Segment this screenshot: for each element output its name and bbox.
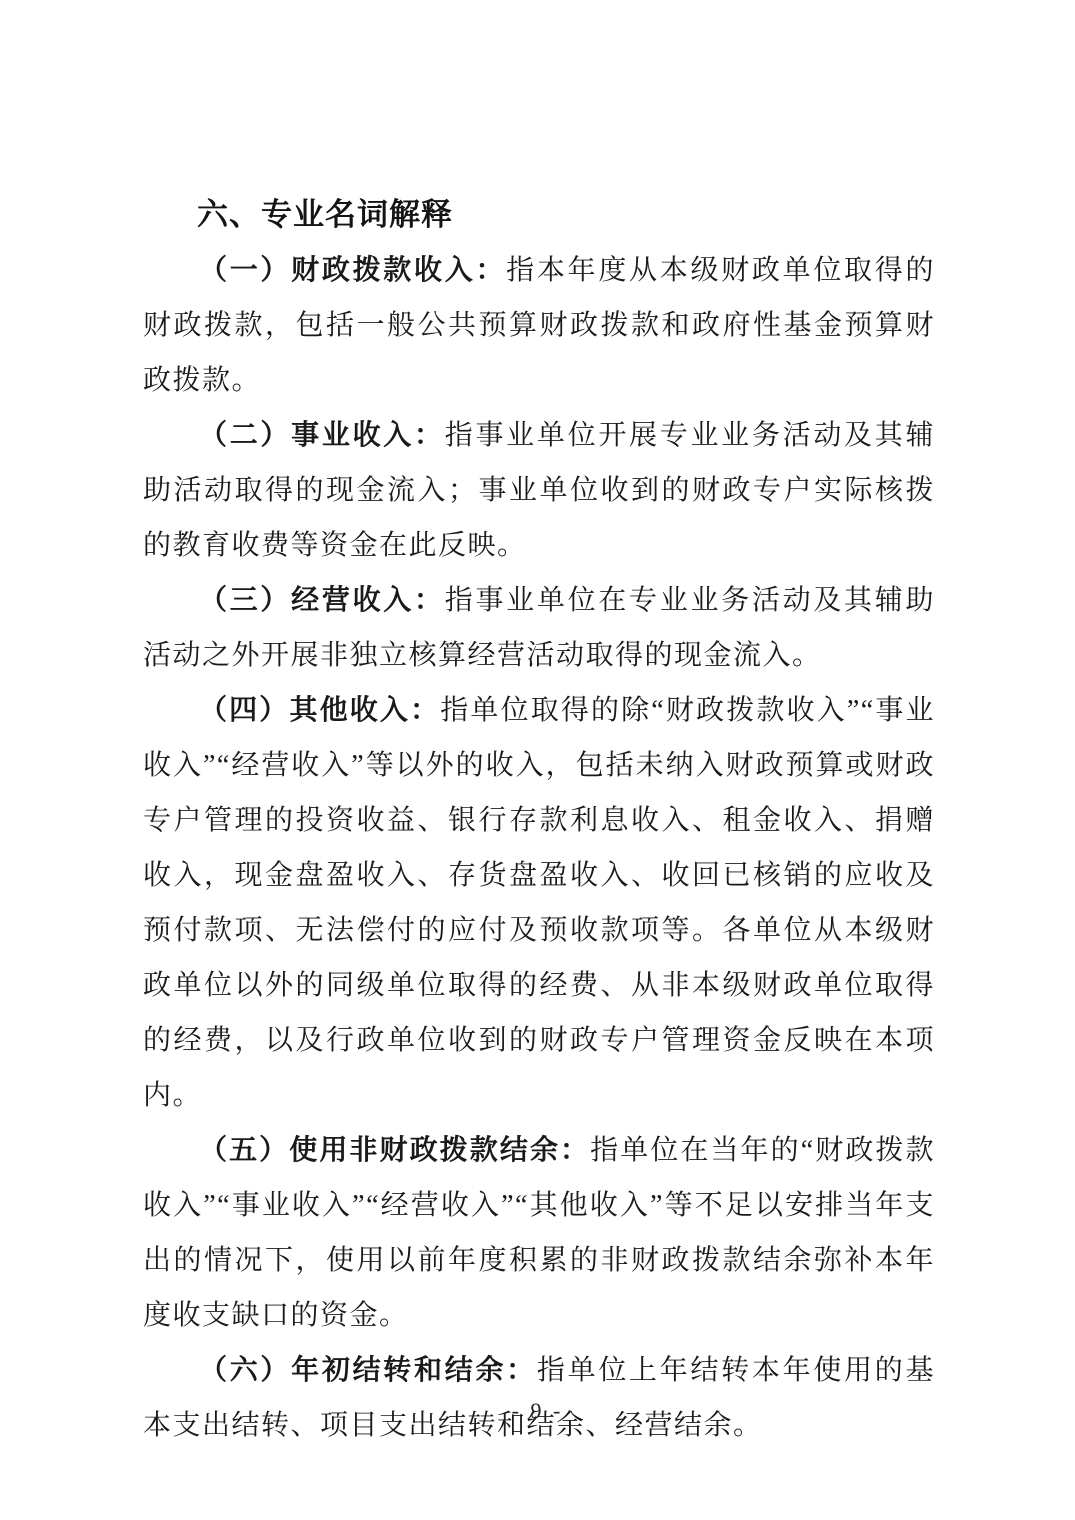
document-page: 六、专业名词解释 （一）财政拨款收入：指本年度从本级财政单位取得的财政拨款，包括…	[0, 0, 1075, 1520]
page-footer: - 9 -	[0, 1398, 1075, 1424]
term-paragraph-2: （二）事业收入：指事业单位开展专业业务活动及其辅助活动取得的现金流入；事业单位收…	[143, 408, 935, 573]
term-definition: 指单位取得的除“财政拨款收入”“事业收入”“经营收入”等以外的收入，包括未纳入财…	[143, 695, 935, 1111]
term-paragraph-5: （五）使用非财政拨款结余：指单位在当年的“财政拨款收入”“事业收入”“经营收入”…	[143, 1123, 935, 1343]
document-body: 六、专业名词解释 （一）财政拨款收入：指本年度从本级财政单位取得的财政拨款，包括…	[143, 186, 935, 1453]
section-heading: 六、专业名词解释	[143, 186, 935, 243]
page-number: - 9 -	[512, 1398, 564, 1423]
term-label: （五）使用非财政拨款结余：	[199, 1135, 590, 1166]
term-label: （四）其他收入：	[199, 695, 440, 726]
term-label: （二）事业收入：	[199, 420, 445, 451]
term-paragraph-1: （一）财政拨款收入：指本年度从本级财政单位取得的财政拨款，包括一般公共预算财政拨…	[143, 243, 935, 408]
term-paragraph-4: （四）其他收入：指单位取得的除“财政拨款收入”“事业收入”“经营收入”等以外的收…	[143, 683, 935, 1123]
term-label: （一）财政拨款收入：	[199, 255, 506, 286]
term-paragraph-3: （三）经营收入：指事业单位在专业业务活动及其辅助活动之外开展非独立核算经营活动取…	[143, 573, 935, 683]
term-label: （六）年初结转和结余：	[199, 1355, 537, 1386]
term-label: （三）经营收入：	[199, 585, 445, 616]
